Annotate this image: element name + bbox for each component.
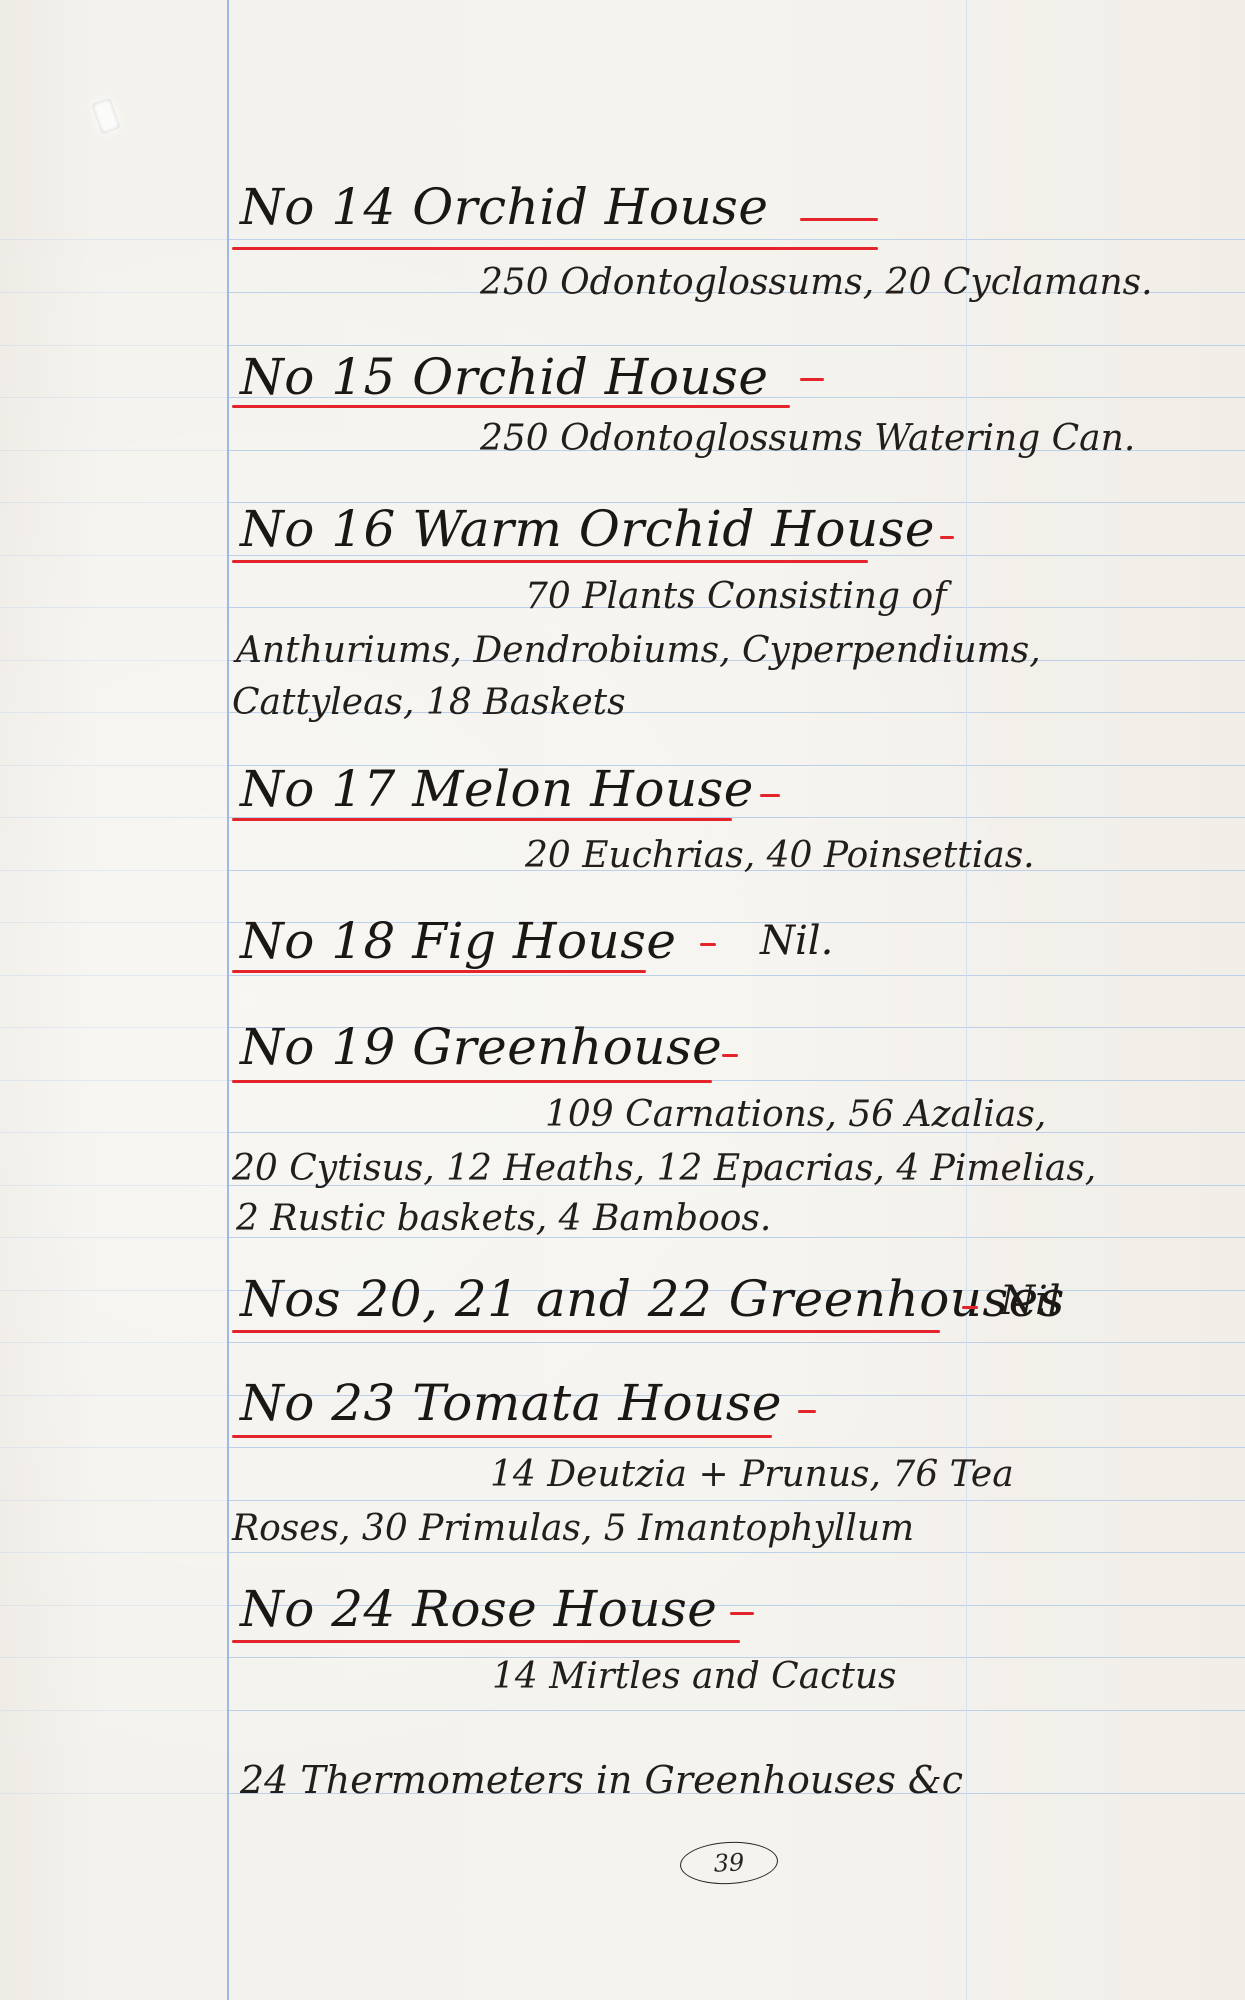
- red-underline: [232, 560, 868, 563]
- red-dash: [760, 794, 780, 797]
- red-dash: [800, 378, 824, 381]
- red-underline: [232, 818, 732, 821]
- entry-line: 250 Odontoglossums, 20 Cyclamans.: [480, 262, 1153, 303]
- entry-heading: No 18 Fig House: [240, 912, 677, 970]
- red-underline: [232, 247, 878, 250]
- ledger-page: No 14 Orchid House 250 Odontoglossums, 2…: [0, 0, 1245, 2000]
- entry-line: 14 Mirtles and Cactus: [492, 1656, 896, 1697]
- red-underline: [232, 1640, 740, 1643]
- red-dash: [800, 218, 878, 221]
- entry-line: Roses, 30 Primulas, 5 Imantophyllum: [232, 1508, 914, 1549]
- entry-line: 250 Odontoglossums Watering Can.: [480, 418, 1135, 459]
- entry-heading: No 19 Greenhouse: [240, 1018, 722, 1076]
- entry-heading: No 14 Orchid House: [240, 178, 768, 236]
- entry-line: Anthuriums, Dendrobiums, Cyperpendiums,: [236, 630, 1041, 671]
- red-underline: [232, 970, 646, 973]
- margin-line: [227, 0, 229, 2000]
- red-underline: [232, 1080, 712, 1083]
- red-dash: [798, 1410, 816, 1413]
- red-dash: [700, 943, 716, 946]
- page-number-text: 39: [713, 1848, 745, 1878]
- red-dash: [940, 536, 954, 539]
- entry-nil-note: Nil.: [760, 918, 833, 964]
- entry-line: Cattyleas, 18 Baskets: [232, 682, 626, 723]
- entry-line: 14 Deutzia + Prunus, 76 Tea: [490, 1454, 1014, 1495]
- entry-line: 20 Cytisus, 12 Heaths, 12 Epacrias, 4 Pi…: [232, 1148, 1096, 1189]
- entry-heading: Nos 20, 21 and 22 Greenhouses: [240, 1270, 1065, 1328]
- red-dash: [722, 1054, 738, 1057]
- entry-nil-note: Nil: [1000, 1278, 1061, 1324]
- red-underline: [232, 405, 790, 408]
- entry-heading: No 24 Rose House: [240, 1580, 717, 1638]
- red-underline: [232, 1435, 772, 1438]
- entry-line: 70 Plants Consisting of: [525, 576, 947, 617]
- entry-heading: No 15 Orchid House: [240, 348, 768, 406]
- red-dash: [730, 1612, 754, 1615]
- footer-note: 24 Thermometers in Greenhouses &c: [240, 1758, 963, 1802]
- red-underline: [232, 1330, 940, 1333]
- entry-heading: No 16 Warm Orchid House: [240, 500, 935, 558]
- entry-heading: No 17 Melon House: [240, 760, 754, 818]
- entry-heading: No 23 Tomata House: [240, 1374, 782, 1432]
- red-dash: [962, 1306, 978, 1309]
- entry-line: 2 Rustic baskets, 4 Bamboos.: [236, 1198, 771, 1239]
- entry-line: 20 Euchrias, 40 Poinsettias.: [525, 835, 1035, 876]
- entry-line: 109 Carnations, 56 Azalias,: [545, 1094, 1046, 1135]
